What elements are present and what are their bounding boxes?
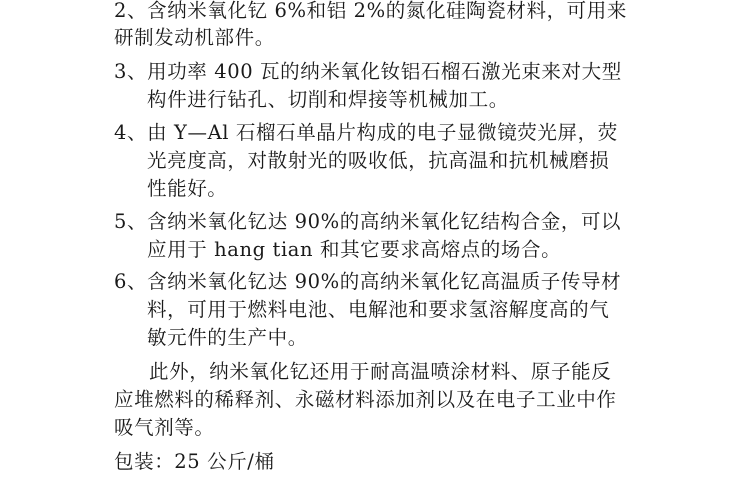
list-item-3-line-2: 构件进行钻孔、切削和焊接等机械加工。 bbox=[147, 86, 509, 114]
list-item-2-line-1: 2、含纳米氧化钇 6%和铝 2%的氮化硅陶瓷材料，可用来 bbox=[114, 0, 627, 25]
list-item-4-line-3: 性能好。 bbox=[147, 175, 227, 203]
list-item-5-line-2: 应用于 hang tian 和其它要求高熔点的场合。 bbox=[147, 236, 561, 264]
list-item-4-line-2: 光亮度高，对散射光的吸收低，抗高温和抗机械磨损 bbox=[147, 147, 609, 175]
list-item-6-line-1: 6、含纳米氧化钇达 90%的高纳米氧化钇高温质子传导材 bbox=[114, 268, 621, 296]
list-item-5-line-1: 5、含纳米氧化钇达 90%的高纳米氧化钇结构合金，可以 bbox=[114, 208, 621, 236]
list-item-6-line-2: 料，可用于燃料电池、电解池和要求氢溶解度高的气 bbox=[147, 296, 609, 324]
list-item-2-line-2: 研制发动机部件。 bbox=[114, 24, 275, 52]
summary-paragraph-line-3: 吸气剂等。 bbox=[114, 414, 215, 442]
list-item-3-line-1: 3、用功率 400 瓦的纳米氧化钕铝石榴石激光束来对大型 bbox=[114, 58, 622, 86]
summary-paragraph-line-2: 应堆燃料的稀释剂、永磁材料添加剂以及在电子工业中作 bbox=[114, 386, 617, 414]
list-item-6-line-3: 敏元件的生产中。 bbox=[147, 324, 308, 352]
list-item-4-line-1: 4、由 Y—Al 石榴石单晶片构成的电子显微镜荧光屏，荧 bbox=[114, 119, 618, 147]
packaging-info: 包装：25 公斤/桶 bbox=[114, 448, 275, 476]
summary-paragraph-line-1: 此外，纳米氧化钇还用于耐高温喷涂材料、原子能反 bbox=[149, 358, 611, 386]
